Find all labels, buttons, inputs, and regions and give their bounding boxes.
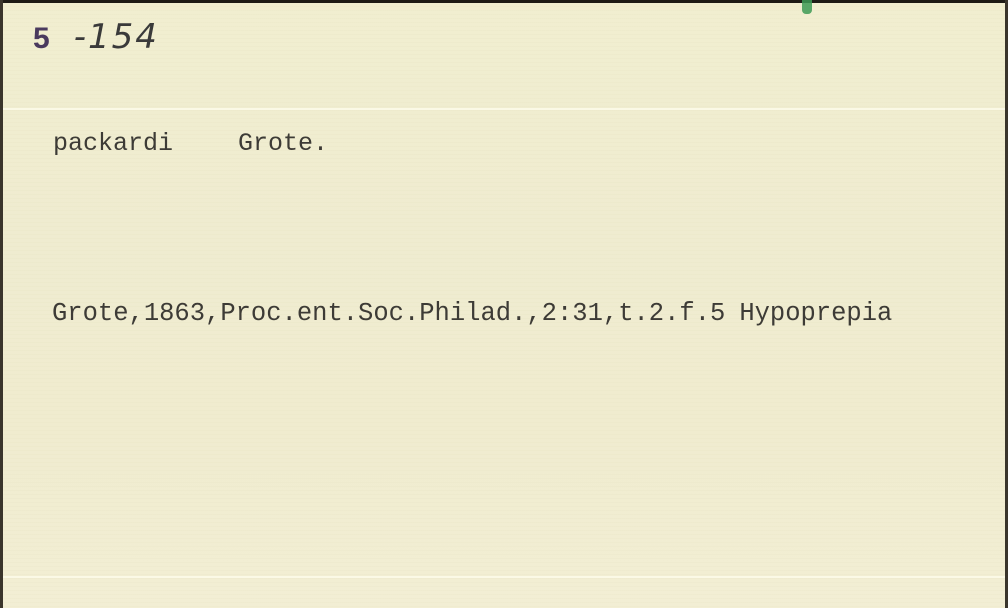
species-line: packardiGrote.	[53, 129, 328, 158]
ruled-line	[3, 576, 1005, 578]
species-name: packardi	[53, 129, 173, 158]
genus-name: Hypoprepia	[739, 299, 892, 328]
citation-line: Grote,1863,Proc.ent.Soc.Philad.,2:31,t.2…	[52, 299, 892, 328]
citation-text: Grote,1863,Proc.ent.Soc.Philad.,2:31,t.2…	[52, 299, 725, 328]
index-card: 5-154 packardiGrote. Grote,1863,Proc.ent…	[3, 3, 1005, 608]
ruled-line	[3, 108, 1005, 110]
species-author: Grote.	[238, 129, 328, 158]
card-number-prefix: 5	[33, 22, 52, 55]
green-tab-mark	[802, 0, 812, 14]
card-number-suffix: -154	[74, 17, 159, 57]
card-number: 5-154	[33, 17, 159, 57]
card-left-edge	[0, 0, 3, 608]
